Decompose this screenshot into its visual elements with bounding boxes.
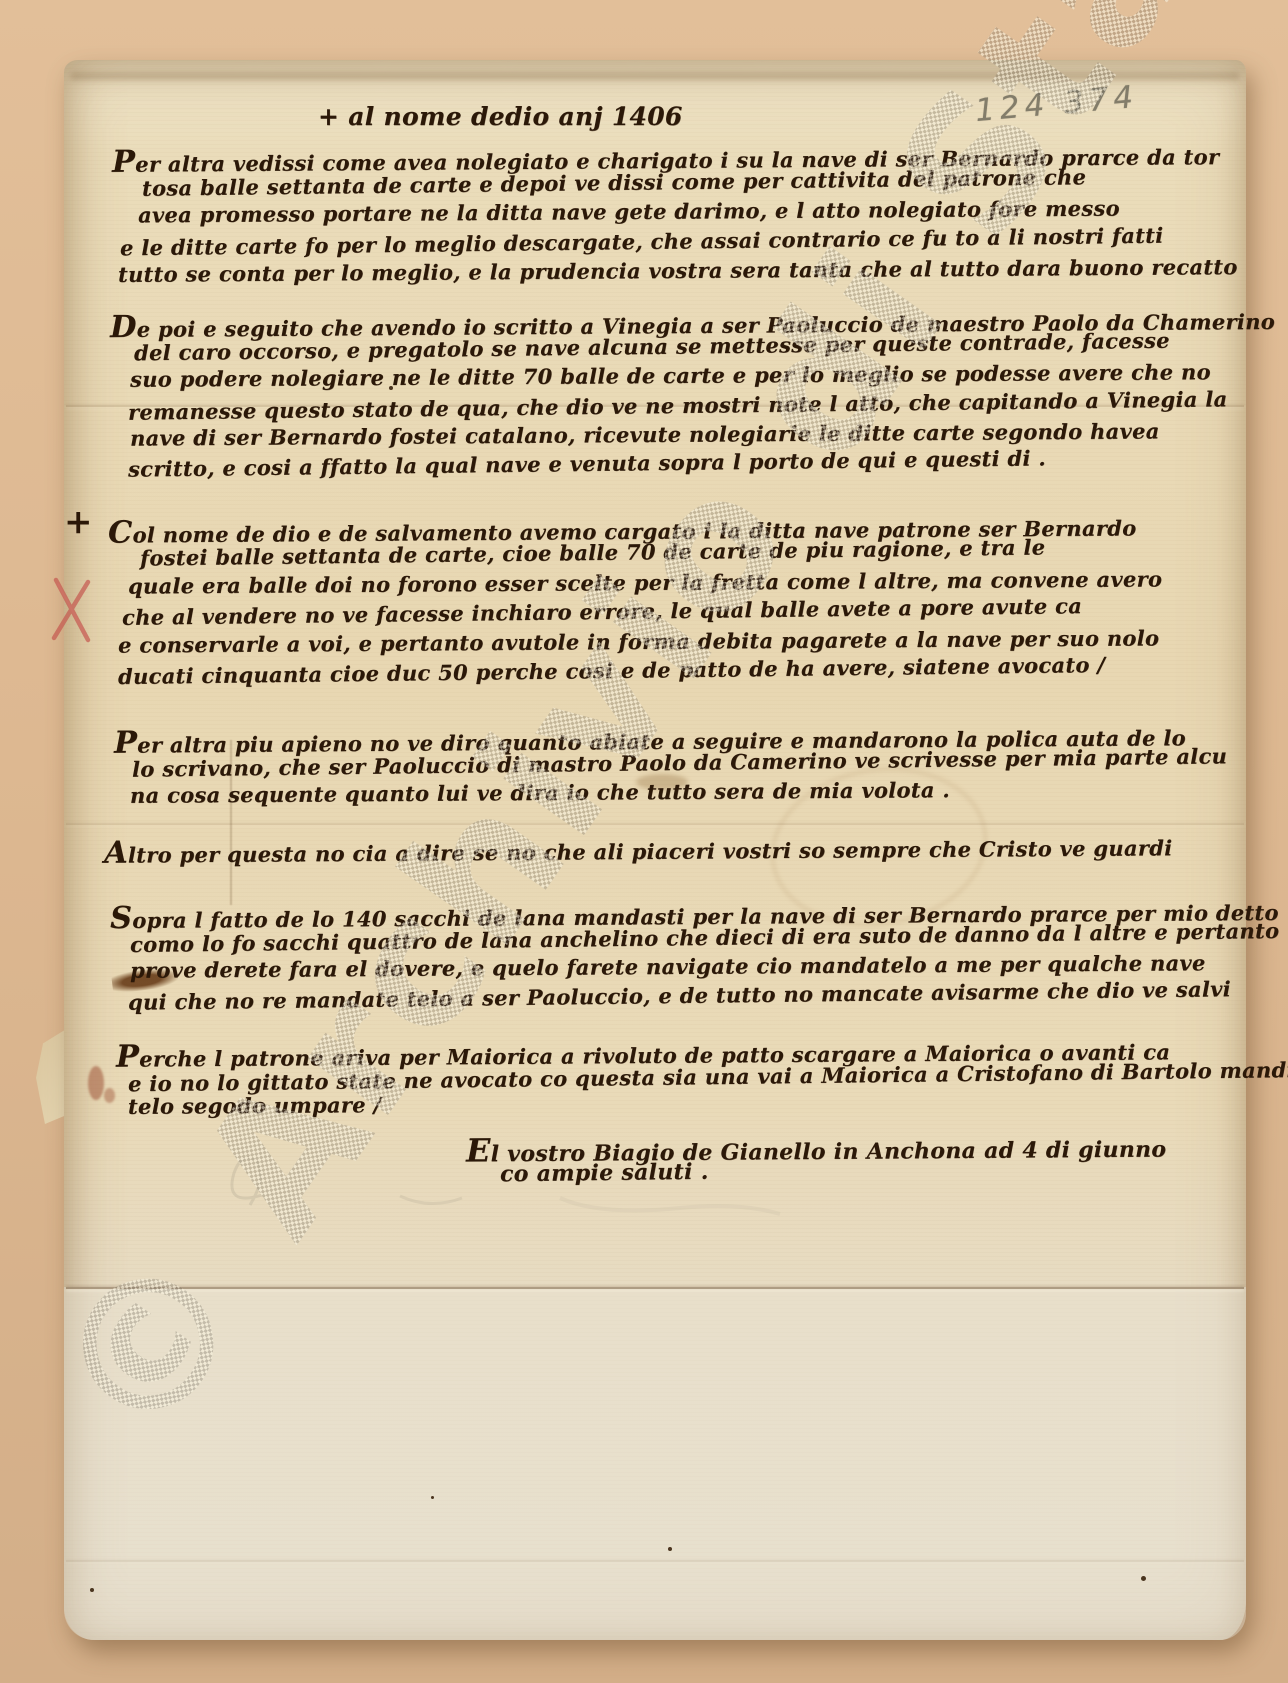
manuscript-line: co ampie saluti . — [500, 1159, 709, 1188]
fold-crease — [66, 1560, 1244, 1562]
lower-blank-area — [64, 1287, 1246, 1640]
top-edge-shadow — [70, 72, 1240, 80]
speck — [431, 1496, 434, 1499]
speck — [1141, 1576, 1146, 1581]
speck — [668, 1547, 672, 1551]
manuscript-line: Altro per questa no cia a dire se no che… — [104, 827, 1173, 870]
fold-crease — [66, 1287, 1244, 1289]
fold-crease — [66, 823, 1244, 825]
margin-cross-mark: + — [64, 502, 93, 542]
margin-x-mark — [48, 574, 96, 648]
manuscript-line: telo segodo umpare / — [128, 1092, 382, 1119]
speck — [90, 1588, 94, 1592]
invocation-line: + al nome dedio anj 1406 — [318, 102, 683, 131]
manuscript-scan: + al nome dedio anj 1406 124 374 + Per a… — [0, 0, 1288, 1683]
